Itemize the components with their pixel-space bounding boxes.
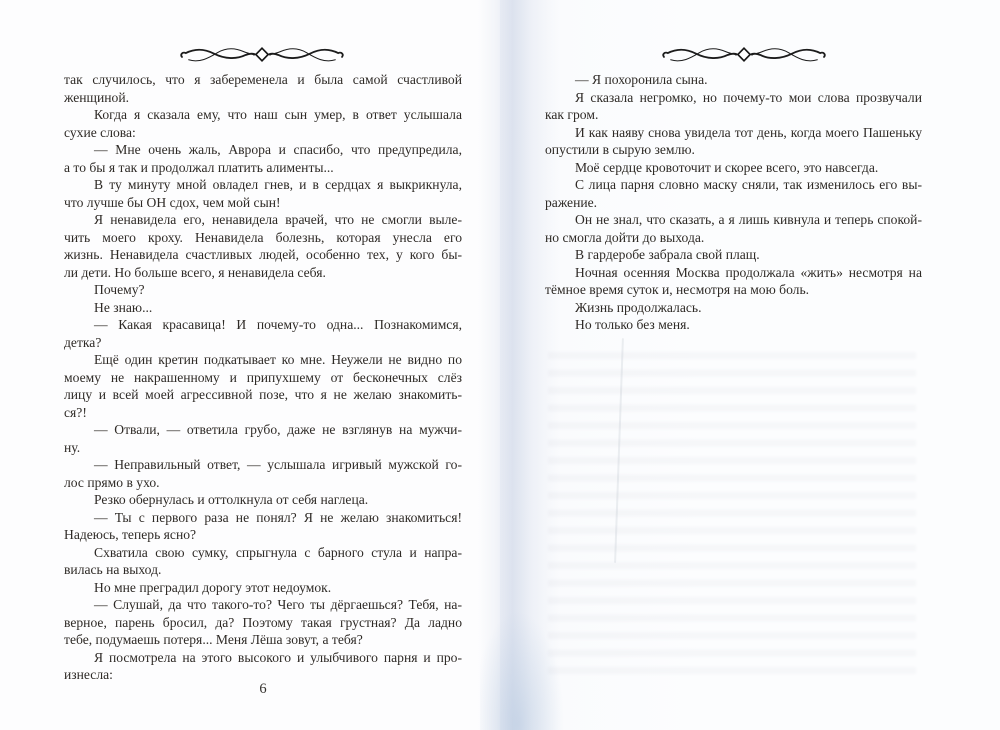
flourish-divider-icon bbox=[176, 41, 348, 68]
text-line: Ещё один кретин подкатывает ко мне. Неуж… bbox=[64, 351, 462, 369]
text-line: так случилось, что я забеременела и была… bbox=[64, 71, 462, 89]
text-line: как гром. bbox=[545, 106, 922, 124]
text-line: Я посмотрела на этого высокого и улыбчив… bbox=[64, 649, 462, 667]
bleed-through-text bbox=[548, 352, 916, 682]
text-line: — Слушай, да что такого-то? Чего ты дёрг… bbox=[64, 596, 462, 614]
text-line: Я сказала негромко, но почему-то мои сло… bbox=[545, 89, 922, 107]
text-line: верное, парень бросил, да? Поэтому такая… bbox=[64, 614, 462, 632]
text-line: Я ненавидела его, ненавидела врачей, что… bbox=[64, 211, 462, 229]
text-line: лос прямо в ухо. bbox=[64, 474, 462, 492]
text-line: — Какая красавица! И почему-то одна... П… bbox=[64, 316, 462, 334]
text-line: ражение. bbox=[545, 194, 922, 212]
text-line: а то бы я так и продолжал платить алимен… bbox=[64, 159, 462, 177]
text-line: Почему? bbox=[64, 281, 462, 299]
text-line: жизнь. Ненавидела счастливых людей, особ… bbox=[64, 246, 462, 264]
text-line: лицу и всей моей агрессивной позе, что я… bbox=[64, 386, 462, 404]
text-line: Не знаю... bbox=[64, 299, 462, 317]
text-line: — Неправильный ответ, — услышала игривый… bbox=[64, 456, 462, 474]
text-line: Жизнь продолжалась. bbox=[545, 299, 922, 317]
text-line: — Отвали, — ответила грубо, даже не взгл… bbox=[64, 421, 462, 439]
text-line: Схватила свою сумку, спрыгнула с барного… bbox=[64, 544, 462, 562]
text-line: ся?! bbox=[64, 404, 462, 422]
text-line: опустили в сырую землю. bbox=[545, 141, 922, 159]
text-line: Когда я сказала ему, что наш сын умер, в… bbox=[64, 106, 462, 124]
text-line: но смогла дойти до выхода. bbox=[545, 229, 922, 247]
text-line: что лучше бы ОН сдох, чем мой сын! bbox=[64, 194, 462, 212]
text-line: Моё сердце кровоточит и скорее всего, эт… bbox=[545, 159, 922, 177]
text-line: В гардеробе забрала свой плащ. bbox=[545, 246, 922, 264]
text-line: И как наяву снова увидела тот день, когд… bbox=[545, 124, 922, 142]
text-line: Но только без меня. bbox=[545, 316, 922, 334]
text-line: ли дети. Но больше всего, я ненавидела с… bbox=[64, 264, 462, 282]
page-number: 6 bbox=[64, 681, 462, 697]
text-line: вилась на выход. bbox=[64, 561, 462, 579]
text-line: Он не знал, что сказать, а я лишь кивнул… bbox=[545, 211, 922, 229]
text-line: чить моего кроху. Ненавидела болезнь, ко… bbox=[64, 229, 462, 247]
flourish-divider-icon bbox=[658, 41, 830, 68]
text-line: В ту минуту мной овладел гнев, и в сердц… bbox=[64, 176, 462, 194]
text-line: С лица парня словно маску сняли, так изм… bbox=[545, 176, 922, 194]
book-spread: так случилось, что я забеременела и была… bbox=[0, 0, 1000, 730]
text-line: Резко обернулась и оттолкнула от себя на… bbox=[64, 491, 462, 509]
text-line: — Я похоронила сына. bbox=[545, 71, 922, 89]
right-page-text: — Я похоронила сына.Я сказала негромко, … bbox=[545, 71, 922, 334]
text-line: — Мне очень жаль, Аврора и спасибо, что … bbox=[64, 141, 462, 159]
text-line: — Ты с первого раза не понял? Я не желаю… bbox=[64, 509, 462, 527]
left-page-text: так случилось, что я забеременела и была… bbox=[64, 71, 462, 684]
text-line: женщиной. bbox=[64, 89, 462, 107]
text-line: детка? bbox=[64, 334, 462, 352]
text-line: Надеюсь, теперь ясно? bbox=[64, 526, 462, 544]
text-line: Ночная осенняя Москва продолжала «жить» … bbox=[545, 264, 922, 282]
text-line: сухие слова: bbox=[64, 124, 462, 142]
text-line: Но мне преградил дорогу этот недоумок. bbox=[64, 579, 462, 597]
text-line: моему не накрашенному и припухшему от бе… bbox=[64, 369, 462, 387]
text-line: ну. bbox=[64, 439, 462, 457]
text-line: тёмное время суток и, несмотря на мою бо… bbox=[545, 281, 922, 299]
text-line: тебе, подумаешь потеря... Меня Лёша зову… bbox=[64, 631, 462, 649]
